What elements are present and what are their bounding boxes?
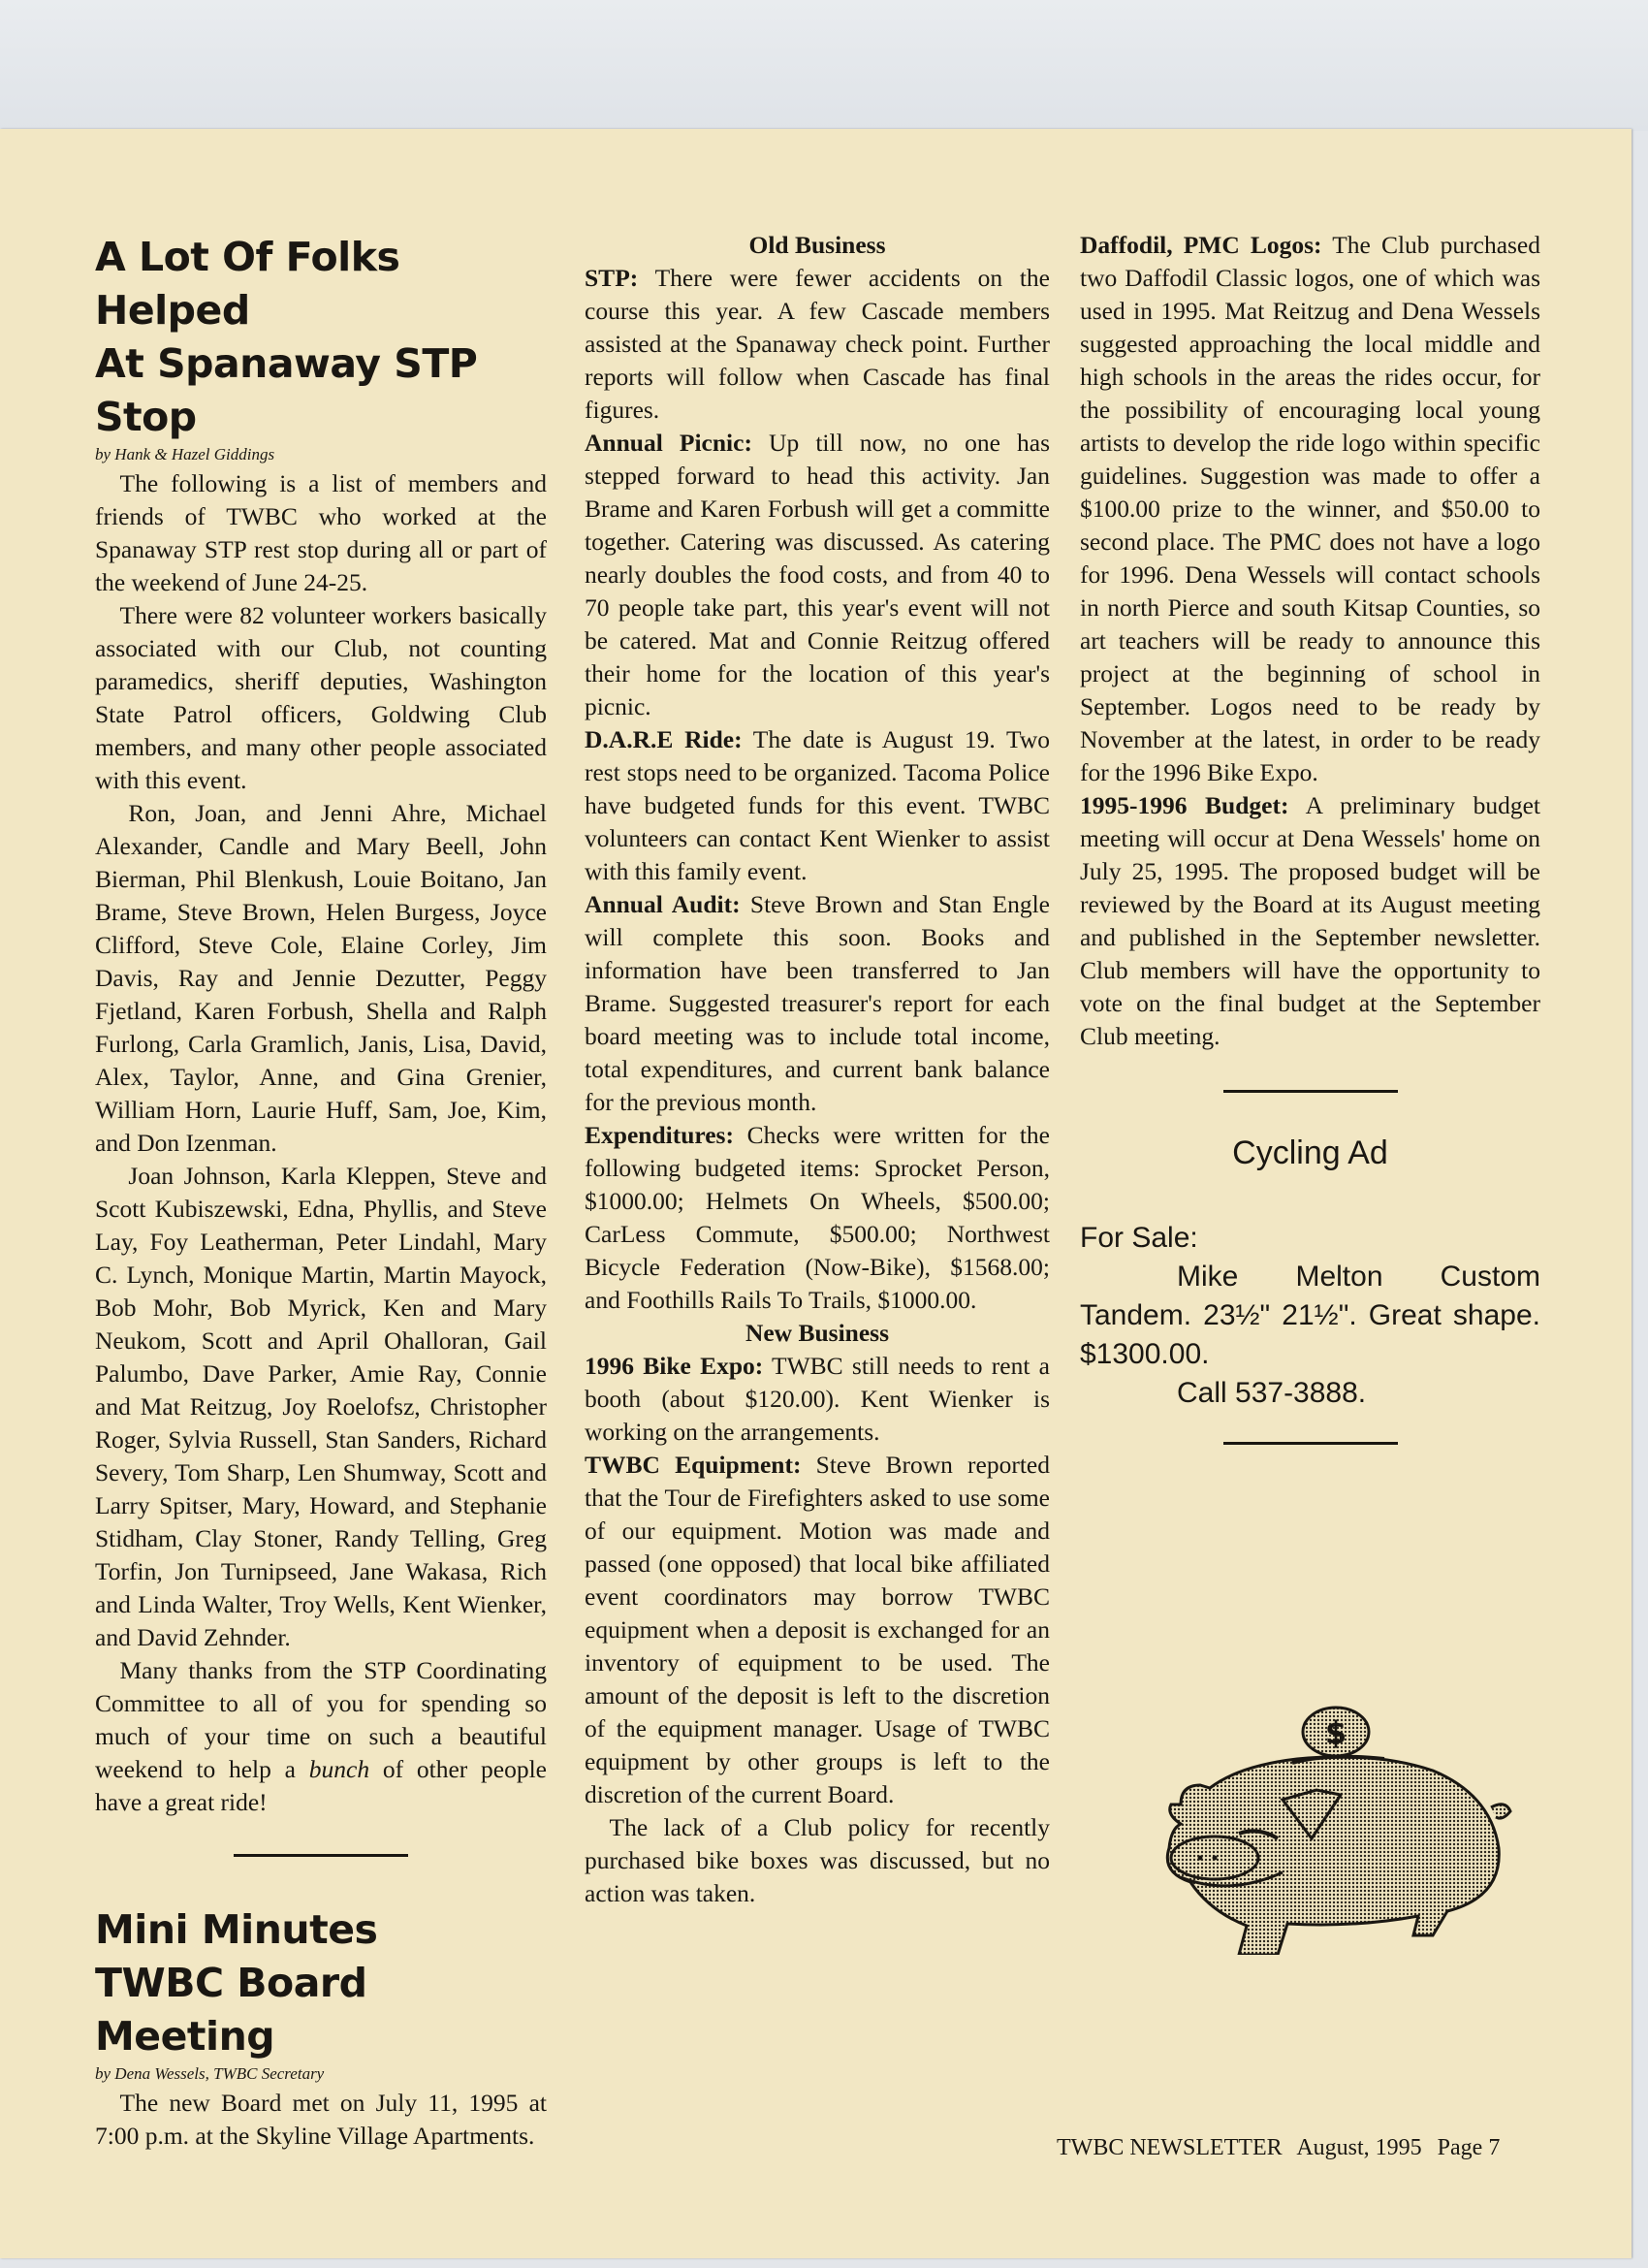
item-label: Annual Picnic: (585, 429, 752, 457)
ad-description: Mike Melton Custom Tandem. 23½" 21½". Gr… (1080, 1258, 1540, 1374)
column-right: Daffodil, PMC Logos: The Club purchased … (1080, 229, 1540, 1445)
minutes-item: Annual Picnic: Up till now, no one has s… (585, 427, 1050, 723)
piggy-bank-icon: $ (1142, 1703, 1530, 1955)
item-text: The Club purchased two Daffodil Classic … (1080, 231, 1540, 786)
closing-paragraph: Many thanks from the STP Coordinating Co… (95, 1654, 547, 1819)
item-text: Steve Brown reported that the Tour de Fi… (585, 1451, 1050, 1808)
footer-publication: TWBC NEWSLETTER (1057, 2135, 1283, 2160)
section-divider (1223, 1442, 1398, 1445)
item-label: Annual Audit: (585, 890, 741, 918)
footer-page-number: Page 7 (1438, 2135, 1501, 2160)
minutes-item: Expenditures: Checks were written for th… (585, 1119, 1050, 1317)
minutes-item: TWBC Equipment: Steve Brown reported tha… (585, 1449, 1050, 1811)
article-paragraph: The following is a list of members and f… (95, 467, 547, 599)
article-paragraph: There were 82 volunteer workers basicall… (95, 599, 547, 797)
article-title-line1: A Lot Of Folks Helped (95, 234, 399, 334)
item-text: Checks were written for the following bu… (585, 1121, 1050, 1314)
page-footer: TWBC NEWSLETTER August, 1995 Page 7 (1057, 2135, 1509, 2161)
item-text: A preliminary budget meeting will occur … (1080, 791, 1540, 1050)
item-label: 1995-1996 Budget: (1080, 791, 1288, 819)
minutes-item: Annual Audit: Steve Brown and Stan Engle… (585, 888, 1050, 1119)
minutes-paragraph: The lack of a Club policy for recently p… (585, 1811, 1050, 1910)
article-title: Mini Minutes TWBC Board Meeting (95, 1903, 547, 2063)
ad-for-sale: For Sale: (1080, 1219, 1540, 1258)
minutes-item: D.A.R.E Ride: The date is August 19. Two… (585, 723, 1050, 888)
article-byline: by Hank & Hazel Giddings (95, 444, 547, 465)
minutes-item: STP: There were fewer accidents on the c… (585, 262, 1050, 427)
item-text: Steve Brown and Stan Engle will complete… (585, 890, 1050, 1116)
item-label: D.A.R.E Ride: (585, 725, 743, 753)
article-title: A Lot Of Folks Helped At Spanaway STP St… (95, 231, 547, 444)
section-heading-new-business: New Business (585, 1317, 1050, 1350)
minutes-item: 1996 Bike Expo: TWBC still needs to rent… (585, 1350, 1050, 1449)
item-label: TWBC Equipment: (585, 1451, 801, 1479)
item-label: Daffodil, PMC Logos: (1080, 231, 1322, 259)
column-middle: Old Business STP: There were fewer accid… (585, 229, 1050, 1910)
svg-text:$: $ (1325, 1714, 1347, 1751)
scanner-background (0, 0, 1648, 131)
volunteer-list: Ron, Joan, and Jenni Ahre, Michael Alexa… (95, 797, 547, 1160)
article-byline: by Dena Wessels, TWBC Secretary (95, 2063, 547, 2085)
minutes-item: 1995-1996 Budget: A preliminary budget m… (1080, 789, 1540, 1053)
item-text: Up till now, no one has stepped forward … (585, 429, 1050, 720)
closing-emphasis: bunch (309, 1755, 369, 1783)
footer-date: August, 1995 (1296, 2135, 1421, 2160)
article-title-line2: At Spanaway STP Stop (95, 340, 477, 440)
item-label: 1996 Bike Expo: (585, 1352, 763, 1380)
minutes-item: Daffodil, PMC Logos: The Club purchased … (1080, 229, 1540, 789)
column-left: A Lot Of Folks Helped At Spanaway STP St… (95, 231, 547, 2153)
article-title-line1: Mini Minutes (95, 1906, 377, 1953)
article-paragraph: The new Board met on July 11, 1995 at 7:… (95, 2087, 547, 2153)
item-text: There were fewer accidents on the course… (585, 264, 1050, 424)
section-heading-old-business: Old Business (585, 229, 1050, 262)
article-title-line2: TWBC Board Meeting (95, 1960, 366, 2060)
item-label: STP: (585, 264, 638, 292)
ad-contact: Call 537-3888. (1080, 1374, 1540, 1413)
volunteer-list: Joan Johnson, Karla Kleppen, Steve and S… (95, 1160, 547, 1654)
item-label: Expenditures: (585, 1121, 734, 1149)
ad-title: Cycling Ad (1080, 1132, 1540, 1174)
